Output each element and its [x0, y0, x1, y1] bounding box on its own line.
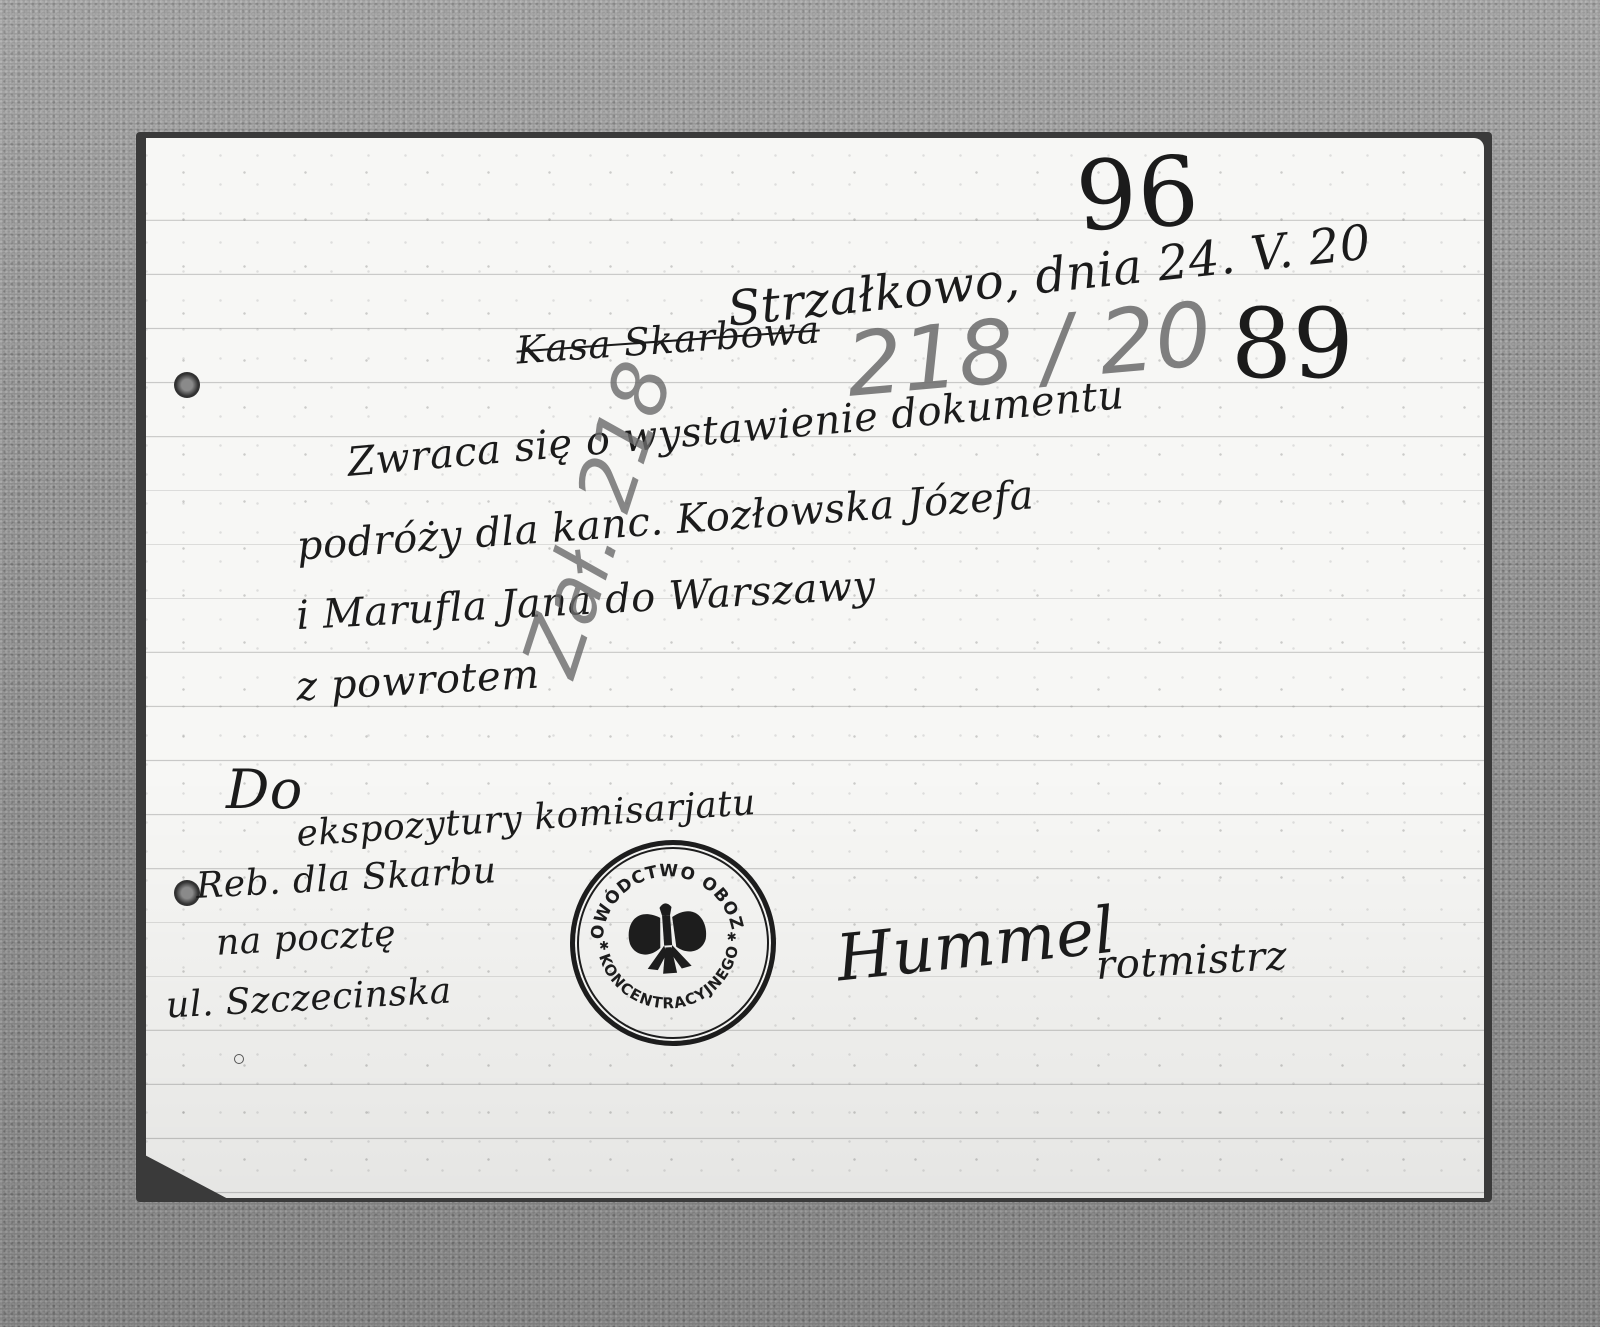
eagle-emblem	[627, 901, 709, 976]
addressee-prefix: Do	[226, 758, 303, 821]
stamp-star-right: ✱	[726, 930, 737, 945]
stamp-graphic: DOWÓDCTWO OBOZU KONCENTRACYJNEGO ✱ ✱	[568, 839, 767, 1038]
margin-mark	[234, 1054, 244, 1064]
official-stamp: DOWÓDCTWO OBOZU KONCENTRACYJNEGO ✱ ✱	[563, 833, 783, 1053]
ink-registry-number: 89	[1231, 288, 1354, 400]
stamp-star-left: ✱	[599, 938, 610, 953]
punch-hole-top	[174, 372, 200, 398]
letter-page: 96 Strzałkowo, dnia 24. V. 20 218 / 20 8…	[146, 138, 1484, 1198]
